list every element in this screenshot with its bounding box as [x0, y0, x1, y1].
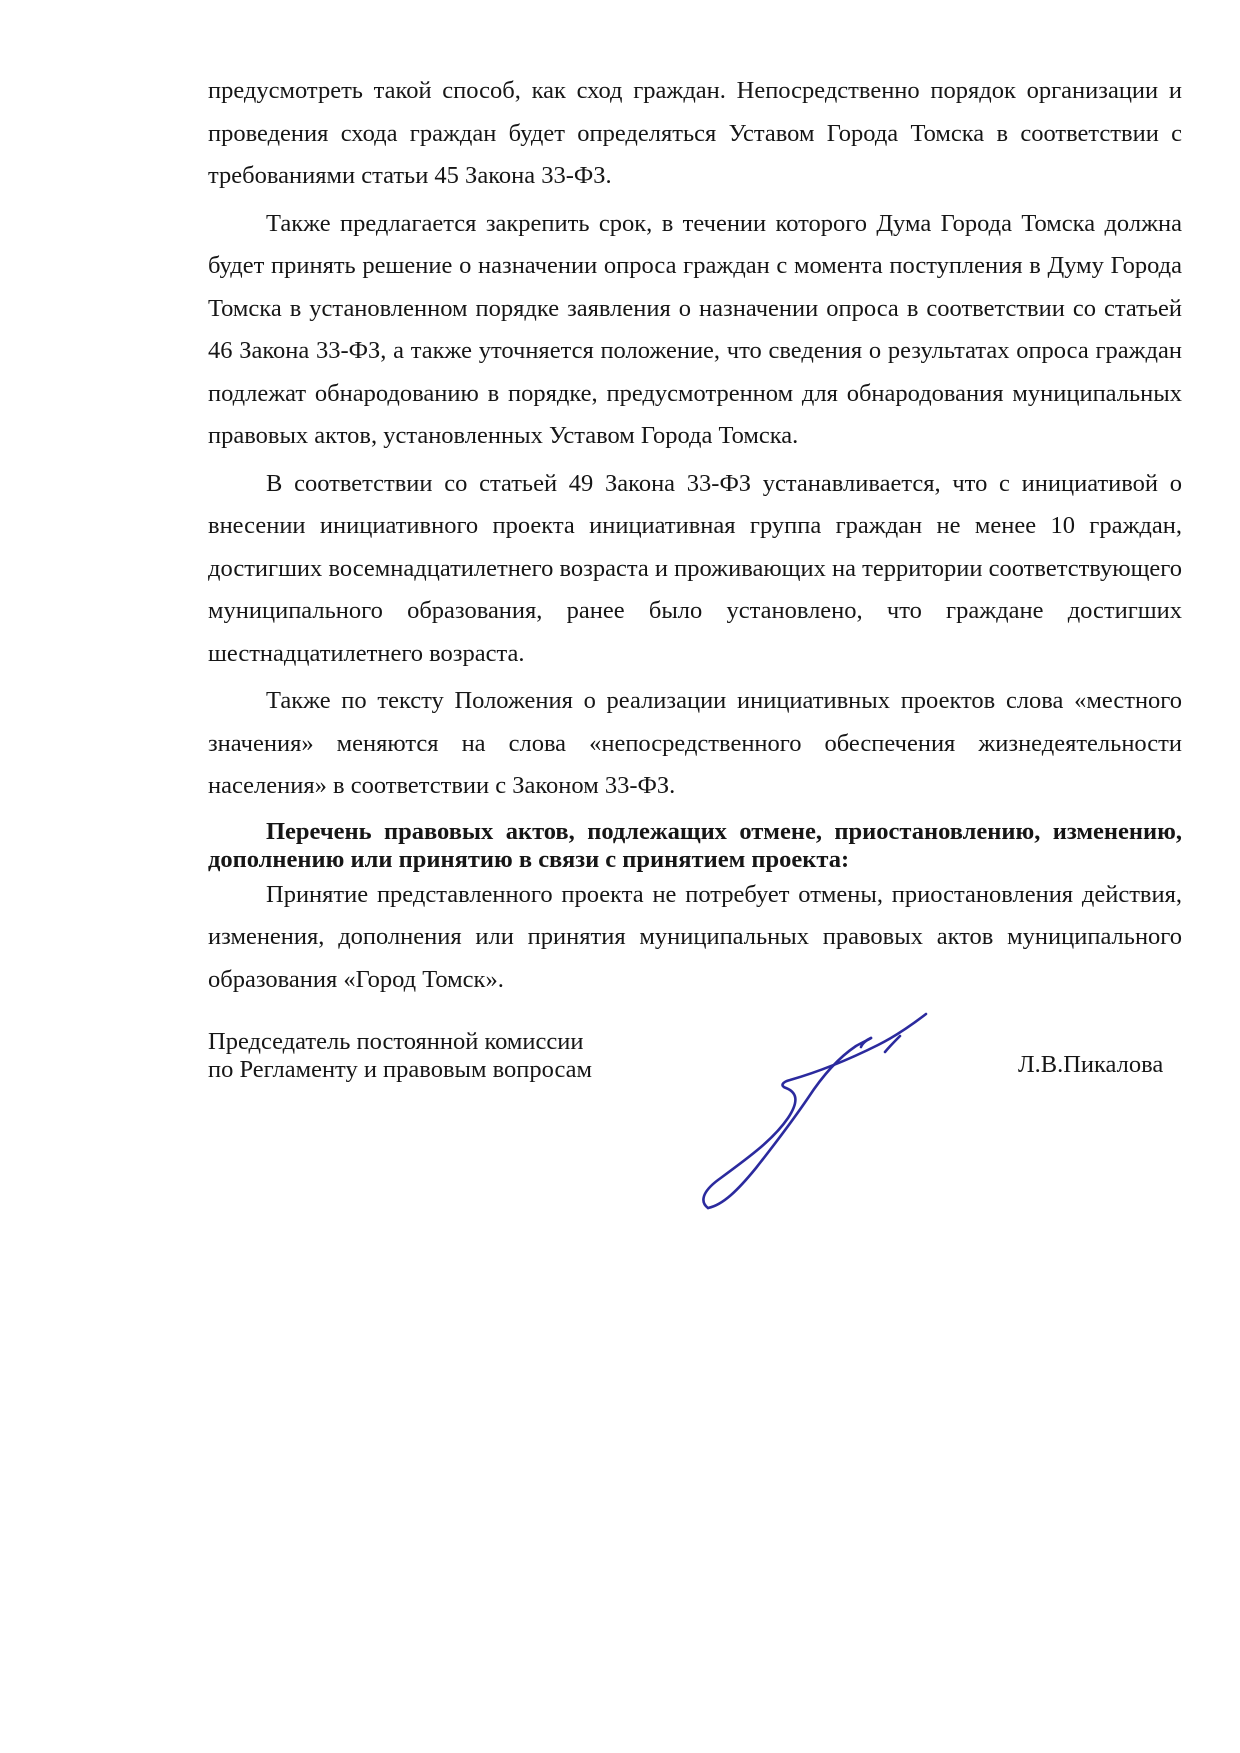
section-heading: Перечень правовых актов, подлежащих отме…: [208, 818, 1182, 874]
handwritten-signature-icon: [678, 1000, 938, 1220]
signatory-title-line-2: по Регламенту и правовым вопросам: [208, 1056, 592, 1084]
paragraph-text-replacement: Также по тексту Положения о реализации и…: [208, 680, 1182, 808]
signature-block: Председатель постоянной комиссии по Регл…: [208, 1028, 1182, 1228]
paragraph-initiative-project: В соответствии со статьей 49 Закона 33-Ф…: [208, 463, 1182, 676]
document-body: предусмотреть такой способ, как сход гра…: [208, 70, 1182, 1006]
paragraph-opros-grazhdan: Также предлагается закрепить срок, в теч…: [208, 203, 1182, 458]
signatory-title: Председатель постоянной комиссии по Регл…: [208, 1028, 592, 1084]
paragraph-sход-граждан: предусмотреть такой способ, как сход гра…: [208, 70, 1182, 198]
signatory-name: Л.В.Пикалова: [1018, 1051, 1163, 1079]
paragraph-conclusion: Принятие представленного проекта не потр…: [208, 874, 1182, 1002]
document-page: предусмотреть такой способ, как сход гра…: [0, 0, 1240, 1753]
signatory-title-line-1: Председатель постоянной комиссии: [208, 1028, 592, 1056]
